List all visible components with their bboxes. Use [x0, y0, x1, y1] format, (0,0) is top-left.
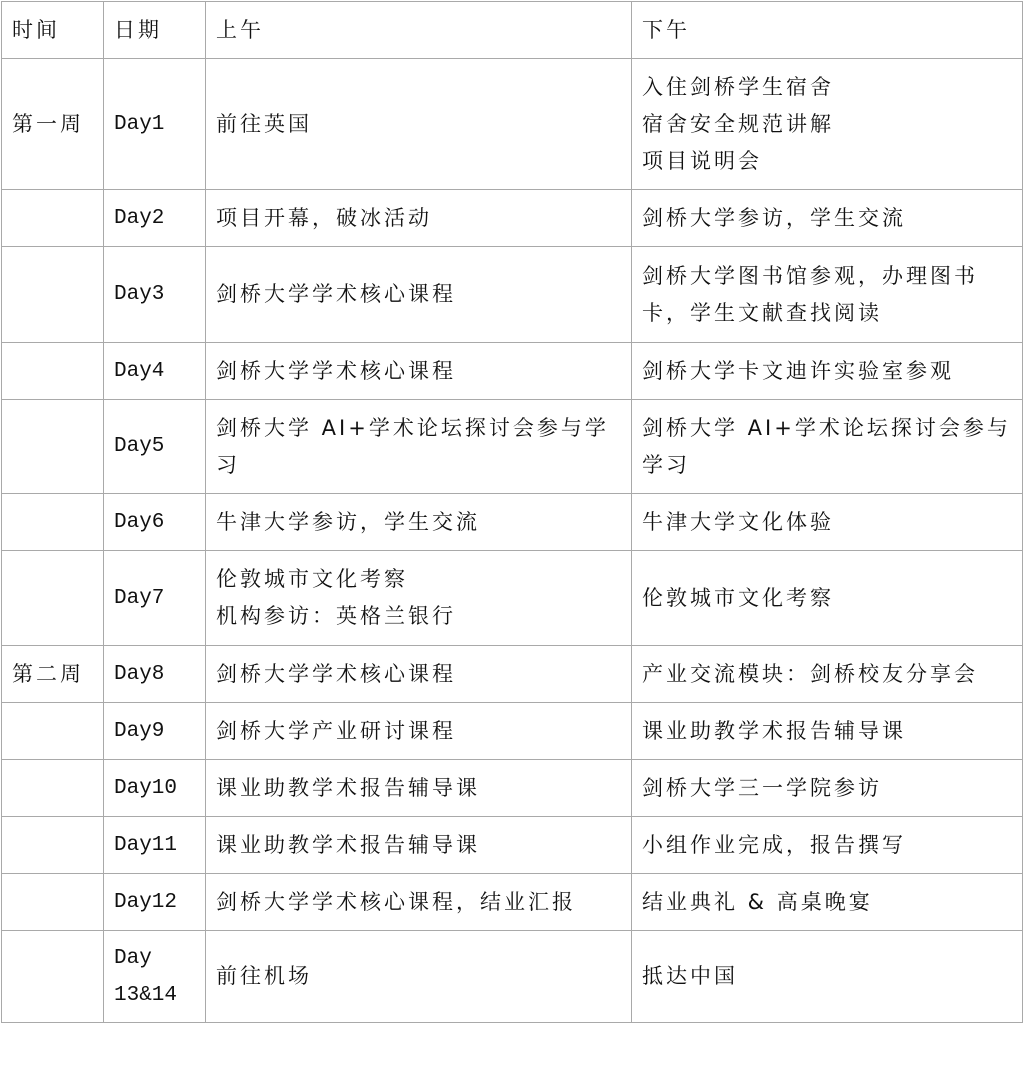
- morning-cell-line: 剑桥大学学术核心课程: [216, 353, 621, 390]
- table-row: Day4剑桥大学学术核心课程剑桥大学卡文迪许实验室参观: [2, 343, 1023, 400]
- header-date: 日期: [104, 2, 206, 59]
- morning-cell-line: 剑桥大学学术核心课程，结业汇报: [216, 884, 621, 921]
- afternoon-cell: 牛津大学文化体验: [632, 494, 1023, 551]
- morning-cell: 剑桥大学学术核心课程: [206, 247, 632, 343]
- afternoon-cell-line: 剑桥大学三一学院参访: [642, 770, 1012, 807]
- day-cell-line: Day7: [114, 580, 195, 617]
- afternoon-cell: 剑桥大学图书馆参观，办理图书卡，学生文献查找阅读: [632, 247, 1023, 343]
- morning-cell: 项目开幕，破冰活动: [206, 190, 632, 247]
- morning-cell-line: 伦敦城市文化考察: [216, 561, 621, 598]
- day-cell: Day10: [104, 760, 206, 817]
- morning-cell-line: 剑桥大学学术核心课程: [216, 656, 621, 693]
- afternoon-cell: 产业交流模块：剑桥校友分享会: [632, 646, 1023, 703]
- afternoon-cell: 伦敦城市文化考察: [632, 551, 1023, 646]
- afternoon-cell-line: 抵达中国: [642, 958, 1012, 995]
- week-cell: [2, 874, 104, 931]
- table-row: Day5剑桥大学 AI+学术论坛探讨会参与学习剑桥大学 AI+学术论坛探讨会参与…: [2, 400, 1023, 494]
- table-row: Day10课业助教学术报告辅导课剑桥大学三一学院参访: [2, 760, 1023, 817]
- table-row: Day7伦敦城市文化考察机构参访：英格兰银行伦敦城市文化考察: [2, 551, 1023, 646]
- day-cell-line: Day6: [114, 504, 195, 541]
- afternoon-cell: 小组作业完成，报告撰写: [632, 817, 1023, 874]
- week-cell: [2, 817, 104, 874]
- afternoon-cell-line: 剑桥大学参访，学生交流: [642, 200, 1012, 237]
- day-cell: Day7: [104, 551, 206, 646]
- morning-cell: 伦敦城市文化考察机构参访：英格兰银行: [206, 551, 632, 646]
- day-cell: Day2: [104, 190, 206, 247]
- afternoon-cell: 剑桥大学 AI+学术论坛探讨会参与学习: [632, 400, 1023, 494]
- table-row: Day9剑桥大学产业研讨课程课业助教学术报告辅导课: [2, 703, 1023, 760]
- morning-cell-line: 剑桥大学产业研讨课程: [216, 713, 621, 750]
- day-cell: Day13&14: [104, 931, 206, 1023]
- morning-cell: 剑桥大学 AI+学术论坛探讨会参与学习: [206, 400, 632, 494]
- header-afternoon: 下午: [632, 2, 1023, 59]
- morning-cell: 前往机场: [206, 931, 632, 1023]
- afternoon-cell-line: 剑桥大学卡文迪许实验室参观: [642, 353, 1012, 390]
- day-cell: Day5: [104, 400, 206, 494]
- morning-cell-line: 课业助教学术报告辅导课: [216, 770, 621, 807]
- morning-cell-line: 机构参访：英格兰银行: [216, 598, 621, 635]
- table-row: Day2项目开幕，破冰活动剑桥大学参访，学生交流: [2, 190, 1023, 247]
- day-cell-line: Day11: [114, 827, 195, 864]
- itinerary-table: 时间 日期 上午 下午 第一周Day1前往英国入住剑桥学生宿舍宿舍安全规范讲解项…: [1, 1, 1023, 1023]
- day-cell: Day4: [104, 343, 206, 400]
- week-cell: [2, 400, 104, 494]
- week-cell: [2, 494, 104, 551]
- afternoon-cell-line: 伦敦城市文化考察: [642, 580, 1012, 617]
- day-cell-line: Day5: [114, 428, 195, 465]
- afternoon-cell: 剑桥大学三一学院参访: [632, 760, 1023, 817]
- morning-cell-line: 前往英国: [216, 106, 621, 143]
- day-cell: Day8: [104, 646, 206, 703]
- day-cell-line: Day9: [114, 713, 195, 750]
- afternoon-cell-line: 产业交流模块：剑桥校友分享会: [642, 656, 1012, 693]
- header-row: 时间 日期 上午 下午: [2, 2, 1023, 59]
- morning-cell-line: 前往机场: [216, 958, 621, 995]
- day-cell: Day9: [104, 703, 206, 760]
- header-morning: 上午: [206, 2, 632, 59]
- morning-cell-line: 课业助教学术报告辅导课: [216, 827, 621, 864]
- table-row: Day13&14前往机场抵达中国: [2, 931, 1023, 1023]
- morning-cell: 剑桥大学产业研讨课程: [206, 703, 632, 760]
- day-cell: Day11: [104, 817, 206, 874]
- week-cell: [2, 190, 104, 247]
- afternoon-cell: 课业助教学术报告辅导课: [632, 703, 1023, 760]
- week-cell: [2, 247, 104, 343]
- day-cell-line: Day8: [114, 656, 195, 693]
- morning-cell-line: 牛津大学参访，学生交流: [216, 504, 621, 541]
- day-cell-line: Day12: [114, 884, 195, 921]
- afternoon-cell: 入住剑桥学生宿舍宿舍安全规范讲解项目说明会: [632, 59, 1023, 190]
- morning-cell-line: 项目开幕，破冰活动: [216, 200, 621, 237]
- day-cell-line: Day10: [114, 770, 195, 807]
- header-time: 时间: [2, 2, 104, 59]
- table-row: Day3剑桥大学学术核心课程剑桥大学图书馆参观，办理图书卡，学生文献查找阅读: [2, 247, 1023, 343]
- table-row: Day11课业助教学术报告辅导课小组作业完成，报告撰写: [2, 817, 1023, 874]
- table-row: 第一周Day1前往英国入住剑桥学生宿舍宿舍安全规范讲解项目说明会: [2, 59, 1023, 190]
- week-cell: [2, 931, 104, 1023]
- afternoon-cell: 剑桥大学卡文迪许实验室参观: [632, 343, 1023, 400]
- week-cell: 第一周: [2, 59, 104, 190]
- day-cell-line: Day4: [114, 353, 195, 390]
- day-cell-line: Day: [114, 940, 195, 977]
- afternoon-cell-line: 小组作业完成，报告撰写: [642, 827, 1012, 864]
- afternoon-cell-line: 课业助教学术报告辅导课: [642, 713, 1012, 750]
- table-row: Day6牛津大学参访，学生交流牛津大学文化体验: [2, 494, 1023, 551]
- week-cell: [2, 760, 104, 817]
- day-cell-line: Day3: [114, 276, 195, 313]
- day-cell: Day6: [104, 494, 206, 551]
- afternoon-cell: 剑桥大学参访，学生交流: [632, 190, 1023, 247]
- week-cell: [2, 551, 104, 646]
- morning-cell: 牛津大学参访，学生交流: [206, 494, 632, 551]
- morning-cell: 前往英国: [206, 59, 632, 190]
- table-row: 第二周Day8剑桥大学学术核心课程产业交流模块：剑桥校友分享会: [2, 646, 1023, 703]
- week-cell: [2, 703, 104, 760]
- afternoon-cell-line: 剑桥大学图书馆参观，办理图书卡，学生文献查找阅读: [642, 258, 1012, 332]
- afternoon-cell-line: 结业典礼 & 高桌晚宴: [642, 884, 1012, 921]
- table-row: Day12剑桥大学学术核心课程，结业汇报结业典礼 & 高桌晚宴: [2, 874, 1023, 931]
- day-cell: Day12: [104, 874, 206, 931]
- day-cell-line: 13&14: [114, 977, 195, 1014]
- week-cell: 第二周: [2, 646, 104, 703]
- afternoon-cell: 结业典礼 & 高桌晚宴: [632, 874, 1023, 931]
- afternoon-cell-line: 牛津大学文化体验: [642, 504, 1012, 541]
- week-cell: [2, 343, 104, 400]
- morning-cell: 课业助教学术报告辅导课: [206, 760, 632, 817]
- morning-cell-line: 剑桥大学学术核心课程: [216, 276, 621, 313]
- morning-cell: 剑桥大学学术核心课程: [206, 646, 632, 703]
- afternoon-cell-line: 剑桥大学 AI+学术论坛探讨会参与学习: [642, 410, 1012, 484]
- morning-cell-line: 剑桥大学 AI+学术论坛探讨会参与学习: [216, 410, 621, 484]
- day-cell: Day3: [104, 247, 206, 343]
- afternoon-cell-line: 项目说明会: [642, 143, 1012, 180]
- day-cell: Day1: [104, 59, 206, 190]
- day-cell-line: Day1: [114, 106, 195, 143]
- afternoon-cell: 抵达中国: [632, 931, 1023, 1023]
- morning-cell: 剑桥大学学术核心课程，结业汇报: [206, 874, 632, 931]
- morning-cell: 课业助教学术报告辅导课: [206, 817, 632, 874]
- afternoon-cell-line: 宿舍安全规范讲解: [642, 106, 1012, 143]
- morning-cell: 剑桥大学学术核心课程: [206, 343, 632, 400]
- afternoon-cell-line: 入住剑桥学生宿舍: [642, 69, 1012, 106]
- day-cell-line: Day2: [114, 200, 195, 237]
